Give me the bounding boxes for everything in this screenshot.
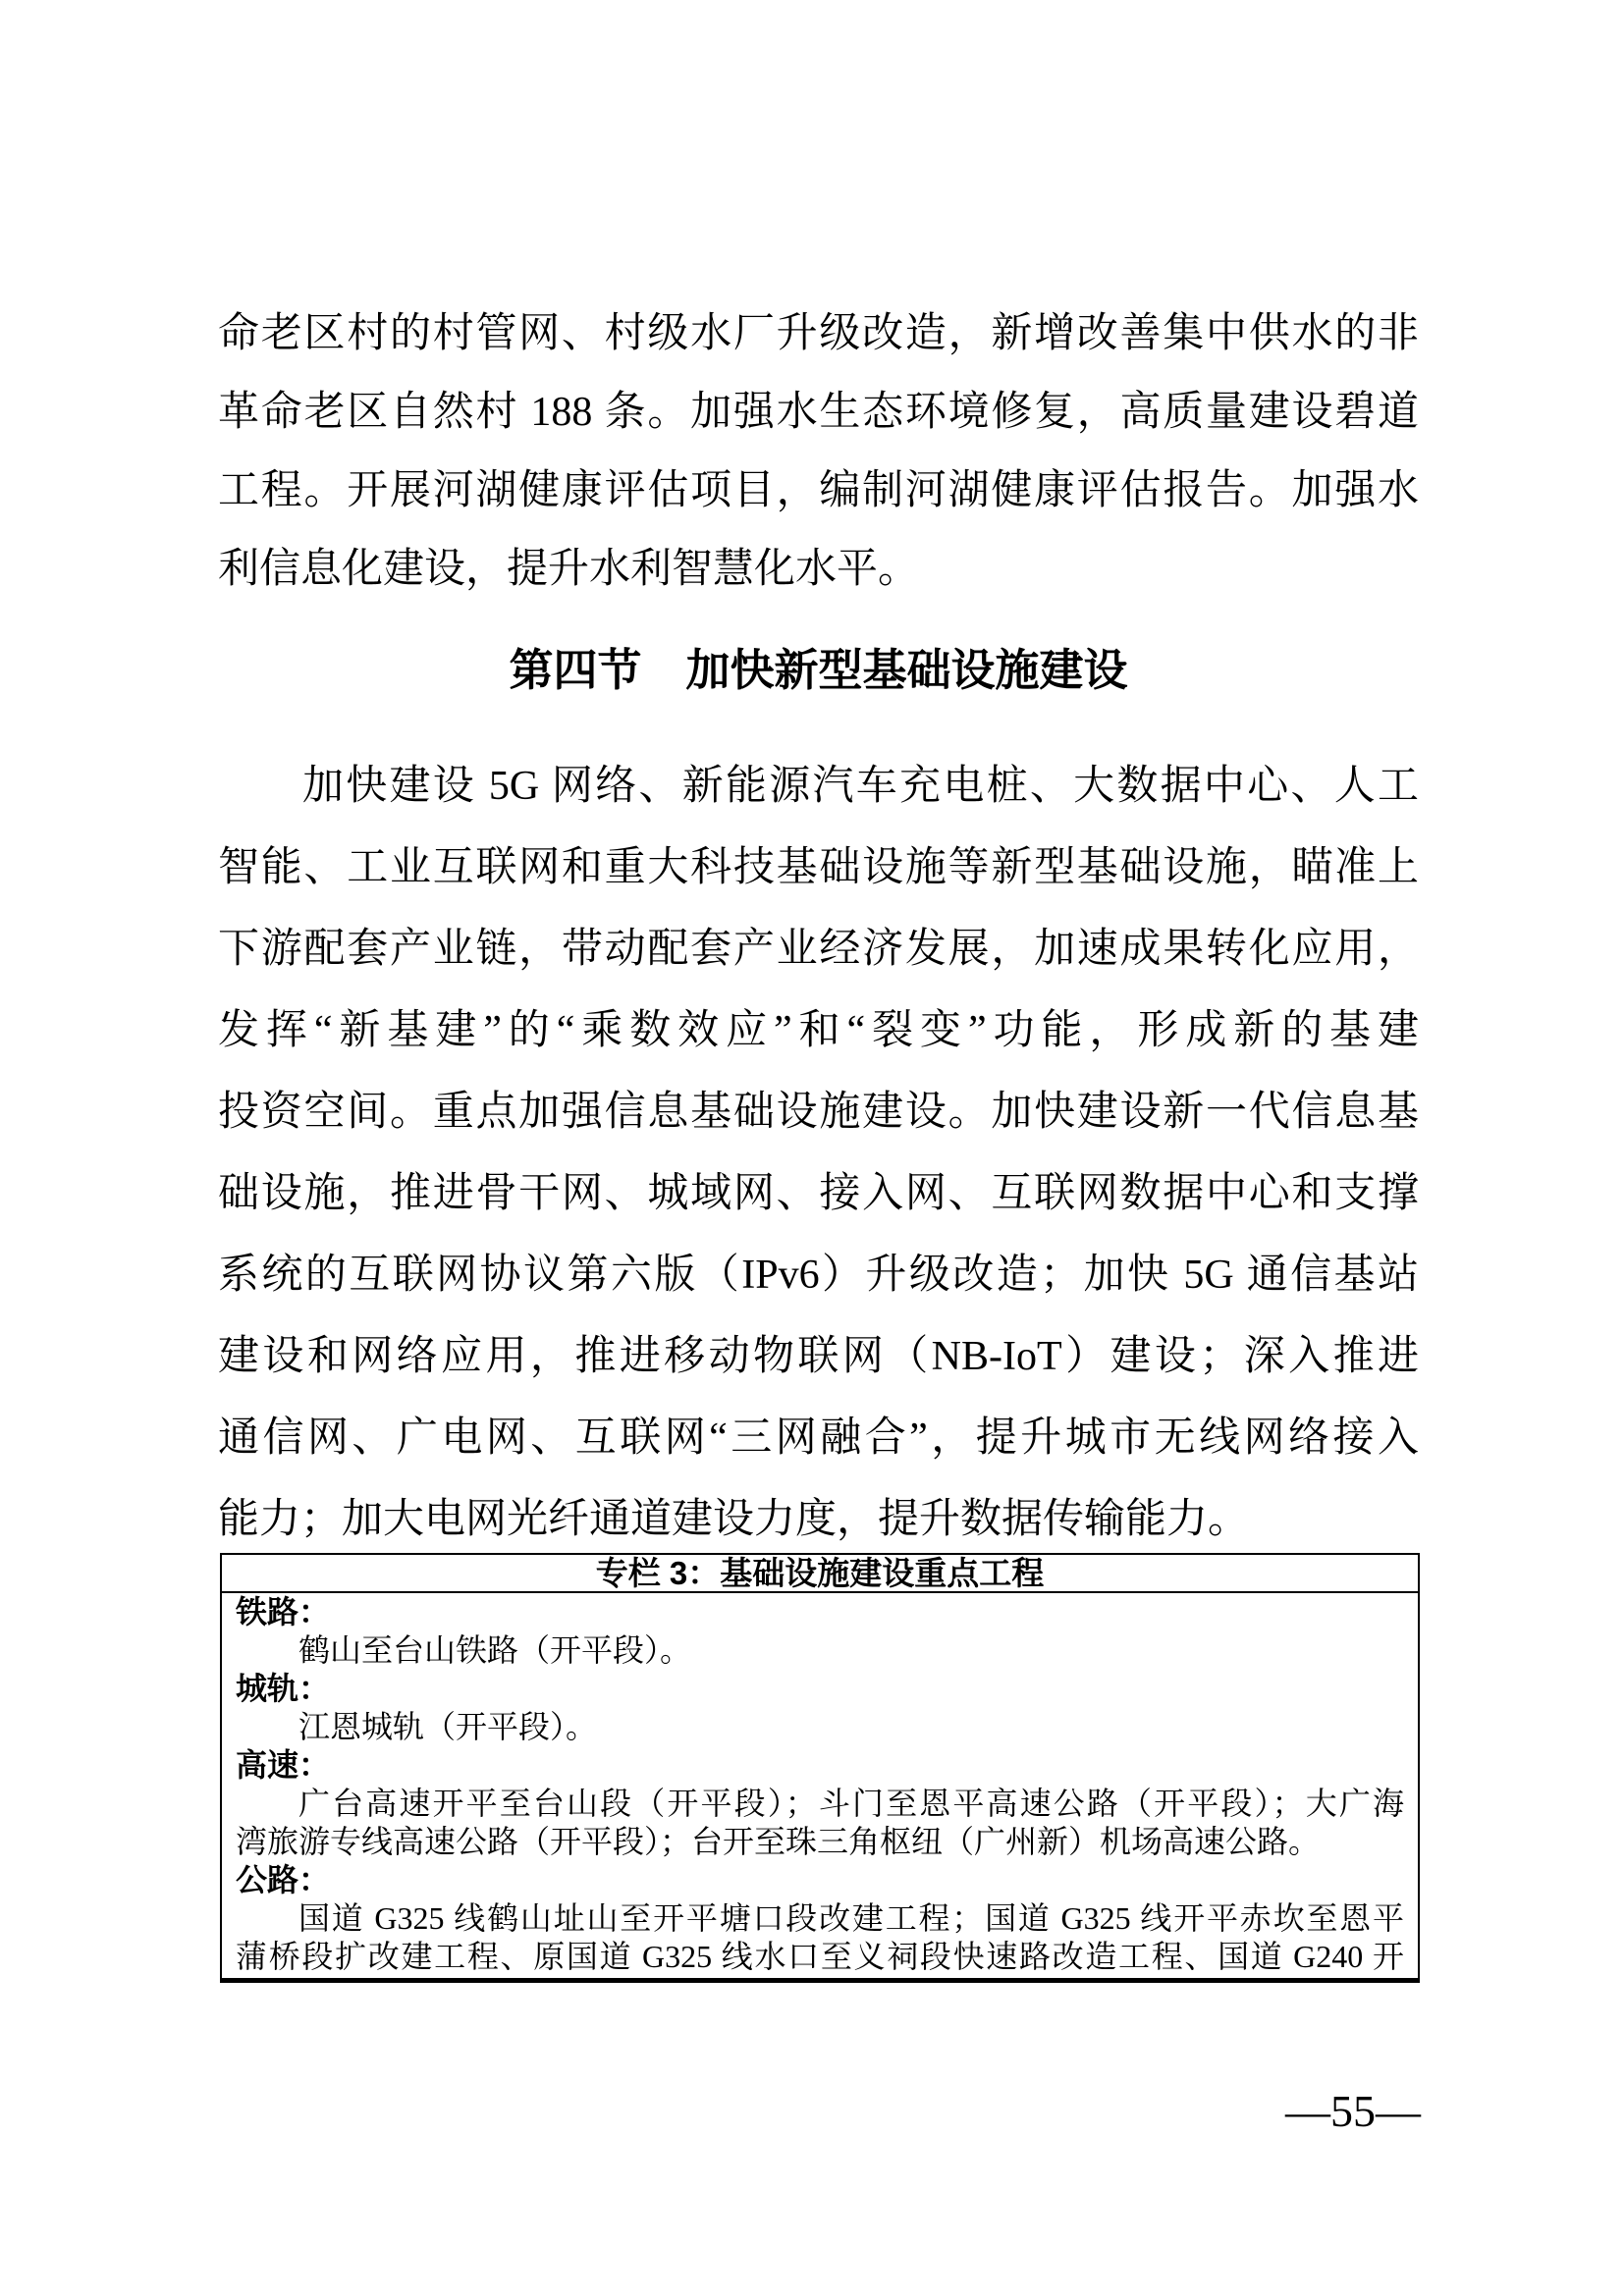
box-row-expressway-item-2: 湾旅游专线高速公路（开平段）；台开至珠三角枢纽（广州新）机场高速公路。 [236,1823,1404,1861]
highlight-box: 专栏 3：基础设施建设重点工程 铁路： 鹤山至台山铁路（开平段）。 城轨： 江恩… [220,1553,1420,1983]
paragraph-opening: 命老区村的村管网、村级水厂升级改造，新增改善集中供水的非 革命老区自然村 188… [218,294,1419,609]
text-line: 革命老区自然村 188 条。加强水生态环境修复，高质量建设碧道 [218,373,1419,452]
text-line: 投资空间。重点加强信息基础设施建设。加快建设新一代信息基 [218,1072,1419,1153]
text-line: 利信息化建设，提升水利智慧化水平。 [218,530,1419,609]
section-heading: 第四节 加快新型基础设施建设 [218,642,1419,699]
text-line: 命老区村的村管网、村级水厂升级改造，新增改善集中供水的非 [218,294,1419,373]
text-line: 系统的互联网协议第六版（IPv6）升级改造；加快 5G 通信基站 [218,1235,1419,1316]
box-body: 铁路： 鹤山至台山铁路（开平段）。 城轨： 江恩城轨（开平段）。 高速： 广台高… [222,1593,1418,1978]
box-row-expressway-item-1: 广台高速开平至台山段（开平段）；斗门至恩平高速公路（开平段）；大广海 [236,1785,1404,1823]
text-line: 下游配套产业链，带动配套产业经济发展，加速成果转化应用， [218,909,1419,990]
box-row-railway-label: 铁路： [236,1593,1404,1631]
box-row-metro-label: 城轨： [236,1670,1404,1708]
text-line: 建设和网络应用，推进移动物联网（NB-IoT）建设；深入推进 [218,1316,1419,1398]
box-row-road-item-2: 蒲桥段扩改建工程、原国道 G325 线水口至义祠段快速路改造工程、国道 G240… [236,1938,1404,1976]
text-line: 础设施，推进骨干网、城域网、接入网、互联网数据中心和支撑 [218,1153,1419,1235]
box-row-expressway-label: 高速： [236,1746,1404,1785]
document-page: 命老区村的村管网、村级水厂升级改造，新增改善集中供水的非 革命老区自然村 188… [0,0,1624,2296]
box-row-railway-item: 鹤山至台山铁路（开平段）。 [236,1631,1404,1670]
text-line: 智能、工业互联网和重大科技基础设施等新型基础设施，瞄准上 [218,828,1419,909]
box-row-metro-item: 江恩城轨（开平段）。 [236,1708,1404,1746]
text-line: 工程。开展河湖健康评估项目，编制河湖健康评估报告。加强水 [218,452,1419,530]
box-row-road-item-1: 国道 G325 线鹤山址山至开平塘口段改建工程；国道 G325 线开平赤坎至恩平 [236,1899,1404,1938]
box-title: 专栏 3：基础设施建设重点工程 [222,1555,1418,1593]
text-line: 加快建设 5G 网络、新能源汽车充电桩、大数据中心、人工 [218,746,1419,828]
text-line: 通信网、广电网、互联网“三网融合”，提升城市无线网络接入 [218,1398,1419,1479]
text-line: 发挥“新基建”的“乘数效应”和“裂变”功能，形成新的基建 [218,990,1419,1072]
text-line: 能力；加大电网光纤通道建设力度，提升数据传输能力。 [218,1479,1419,1561]
page-number: —55— [1218,2087,1421,2136]
paragraph-body: 加快建设 5G 网络、新能源汽车充电桩、大数据中心、人工 智能、工业互联网和重大… [218,746,1419,1561]
box-row-road-label: 公路： [236,1861,1404,1899]
